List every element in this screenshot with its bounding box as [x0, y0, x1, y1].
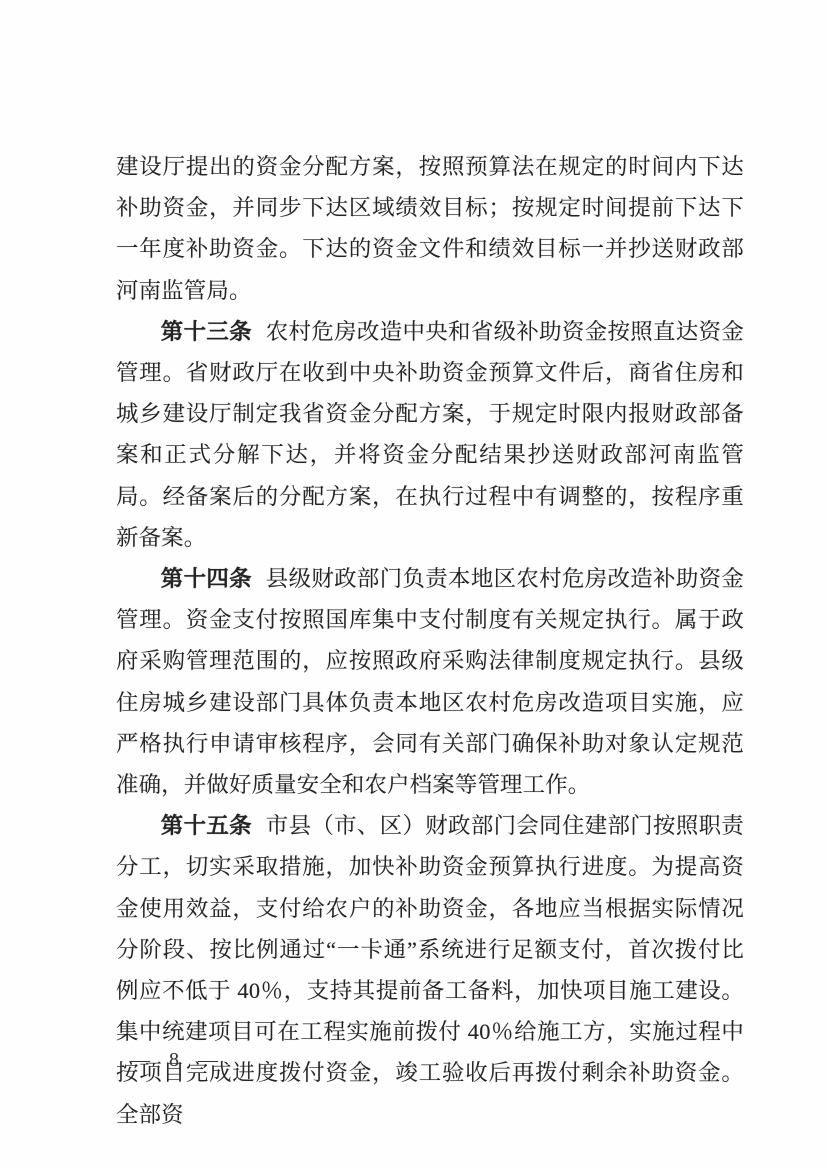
paragraph-article-13: 第十三条农村危房改造中央和省级补助资金按照直达资金管理。省财政厅在收到中央补助资…	[116, 311, 744, 558]
article-14-text: 县级财政部门负责本地区农村危房改造补助资金管理。资金支付按照国库集中支付制度有关…	[116, 566, 744, 797]
article-14-label: 第十四条	[161, 566, 252, 591]
document-page: 建设厅提出的资金分配方案，按照预算法在规定的时间内下达补助资金，并同步下达区域绩…	[0, 0, 827, 1169]
article-15-label: 第十五条	[161, 813, 252, 838]
article-15-text: 市县（市、区）财政部门会同住建部门按照职责分工，切实采取措施，加快补助资金预算执…	[116, 813, 744, 1126]
paragraph-article-14: 第十四条县级财政部门负责本地区农村危房改造补助资金管理。资金支付按照国库集中支付…	[116, 558, 744, 805]
article-13-label: 第十三条	[161, 319, 252, 344]
page-footer: — 8 —	[130, 1046, 220, 1074]
paragraph-article-15: 第十五条市县（市、区）财政部门会同住建部门按照职责分工，切实采取措施，加快补助资…	[116, 805, 744, 1135]
document-body: 建设厅提出的资金分配方案，按照预算法在规定的时间内下达补助资金，并同步下达区域绩…	[116, 146, 744, 1135]
article-13-text: 农村危房改造中央和省级补助资金按照直达资金管理。省财政厅在收到中央补助资金预算文…	[116, 319, 744, 550]
paragraph-continuation-text: 建设厅提出的资金分配方案，按照预算法在规定的时间内下达补助资金，并同步下达区域绩…	[116, 154, 744, 303]
page-number: — 8 —	[130, 1049, 220, 1071]
paragraph-continuation: 建设厅提出的资金分配方案，按照预算法在规定的时间内下达补助资金，并同步下达区域绩…	[116, 146, 744, 311]
